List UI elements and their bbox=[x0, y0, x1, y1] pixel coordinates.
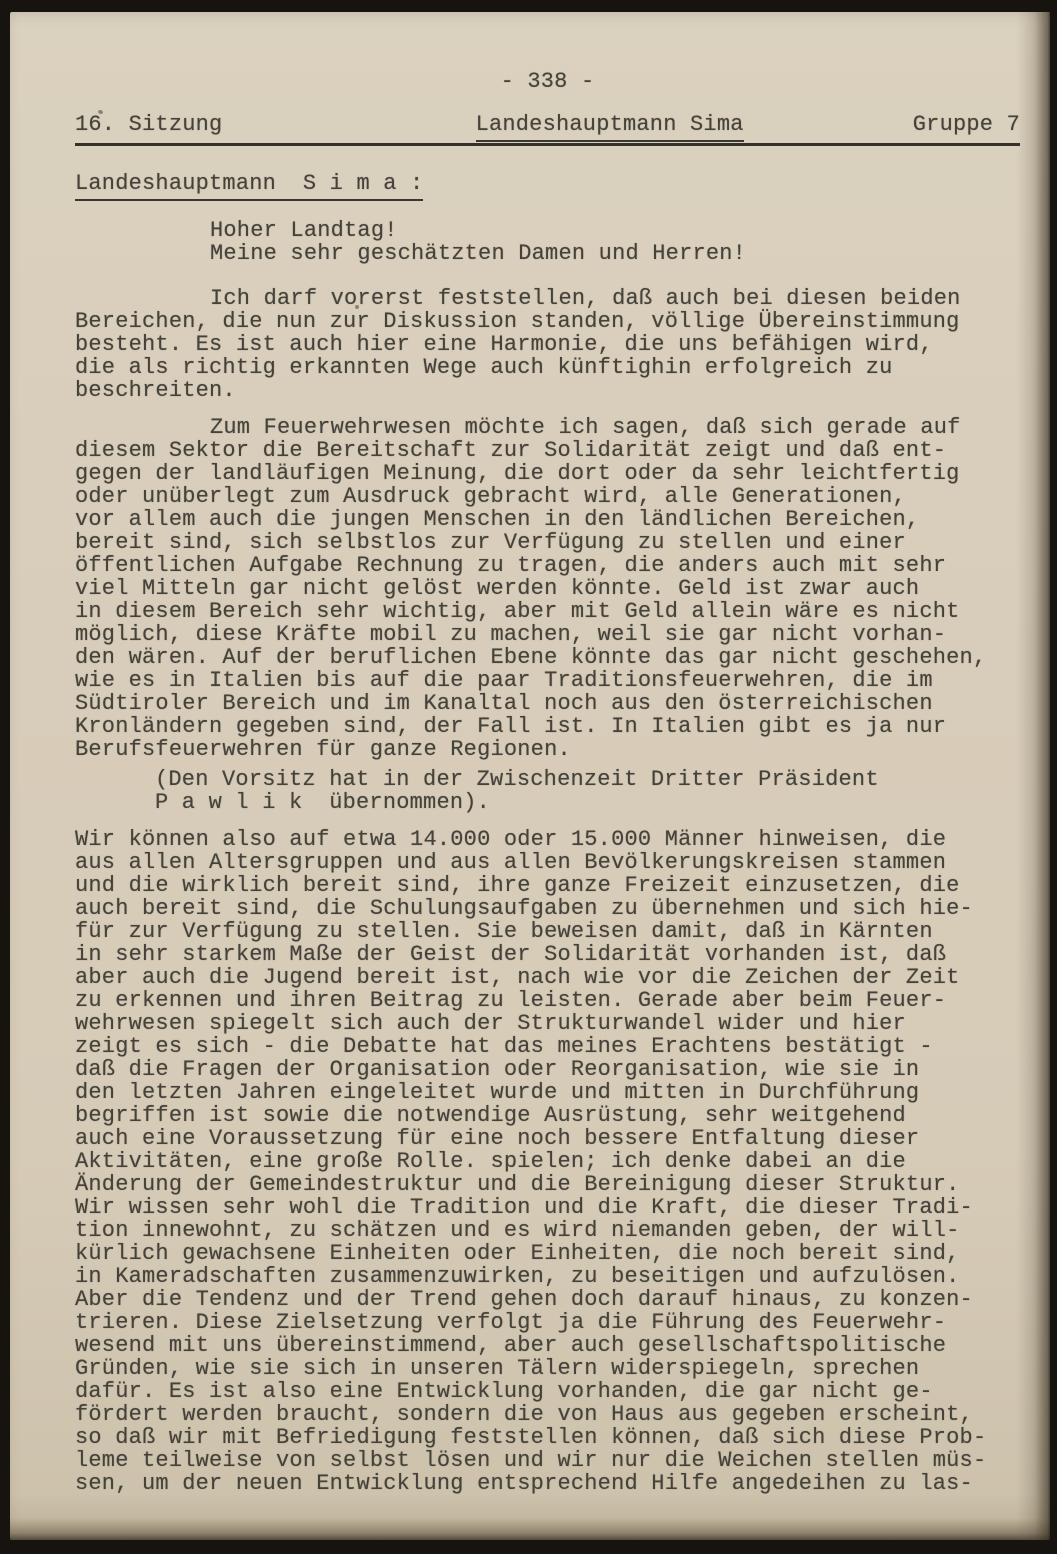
paragraph-3: Wir können also auf etwa 14.000 oder 15.… bbox=[75, 828, 1020, 1495]
text-line: Wir wissen sehr wohl die Tradition und d… bbox=[75, 1196, 1020, 1219]
text-line: dafür. Es ist also eine Entwicklung vorh… bbox=[75, 1380, 1020, 1403]
text-line: Gründen, wie sie sich in unseren Tälern … bbox=[75, 1357, 1020, 1380]
text-line: fördert werden braucht, sondern die von … bbox=[75, 1403, 1020, 1426]
paper-sheet: - 338 - 16. Sitzung Landeshauptmann Sima… bbox=[10, 12, 1050, 1540]
text-line: wesend mit uns übereinstimmend, aber auc… bbox=[75, 1334, 1020, 1357]
text-line: wie es in Italien bis auf die paar Tradi… bbox=[75, 669, 1020, 692]
text-line: Ich darf vorerst feststellen, daß auch b… bbox=[75, 287, 1020, 310]
text-line: zeigt es sich - die Debatte hat das mein… bbox=[75, 1035, 1020, 1058]
text-line: und die wirklich bereit sind, ihre ganze… bbox=[75, 874, 1020, 897]
text-line: so daß wir mit Befriedigung feststellen … bbox=[75, 1426, 1020, 1449]
chair-note: (Den Vorsitz hat in der Zwischenzeit Dri… bbox=[155, 768, 1020, 814]
text-line: leme teilweise von selbst lösen und wir … bbox=[75, 1449, 1020, 1472]
text-line: den wären. Auf der beruflichen Ebene kön… bbox=[75, 646, 1020, 669]
text-line: Berufsfeuerwehren für ganze Regionen. bbox=[75, 738, 1020, 761]
text-line: die als richtig erkannten Wege auch künf… bbox=[75, 356, 1020, 379]
text-line: Hoher Landtag! bbox=[210, 219, 1020, 242]
text-line: möglich, diese Kräfte mobil zu machen, w… bbox=[75, 623, 1020, 646]
speaker-heading: Landeshauptmann S i m a : bbox=[75, 172, 423, 201]
text-line: bereit sind, sich selbstlos zur Verfügun… bbox=[75, 531, 1020, 554]
text-line: P a w l i k übernommen). bbox=[155, 791, 1020, 814]
page-number: - 338 - bbox=[75, 70, 1020, 93]
text-line: Südtiroler Bereich und im Kanaltal noch … bbox=[75, 692, 1020, 715]
text-line: in Kameradschaften zusammenzuwirken, zu … bbox=[75, 1265, 1020, 1288]
text-line: trieren. Diese Zielsetzung verfolgt ja d… bbox=[75, 1311, 1020, 1334]
text-line: wehrwesen spiegelt sich auch der Struktu… bbox=[75, 1012, 1020, 1035]
text-line: besteht. Es ist auch hier eine Harmonie,… bbox=[75, 333, 1020, 356]
text-line: in sehr starkem Maße der Geist der Solid… bbox=[75, 943, 1020, 966]
text-line: (Den Vorsitz hat in der Zwischenzeit Dri… bbox=[155, 768, 1020, 791]
text-line: gegen der landläufigen Meinung, die dort… bbox=[75, 462, 1020, 485]
text-line: oder unüberlegt zum Ausdruck gebracht wi… bbox=[75, 485, 1020, 508]
text-line: öffentlichen Aufgabe Rechnung zu tragen,… bbox=[75, 554, 1020, 577]
text-line: in diesem Bereich sehr wichtig, aber mit… bbox=[75, 600, 1020, 623]
text-line: diesem Sektor die Bereitschaft zur Solid… bbox=[75, 439, 1020, 462]
text-line: Aber die Tendenz und der Trend gehen doc… bbox=[75, 1288, 1020, 1311]
document-paragraphs: Hoher Landtag!Meine sehr geschätzten Dam… bbox=[75, 219, 1020, 1495]
greeting: Hoher Landtag!Meine sehr geschätzten Dam… bbox=[210, 219, 1020, 265]
text-line: aber auch die Jugend bereit ist, nach wi… bbox=[75, 966, 1020, 989]
text-line: sen, um der neuen Entwicklung entspreche… bbox=[75, 1472, 1020, 1495]
text-line: den letzten Jahren eingeleitet wurde und… bbox=[75, 1081, 1020, 1104]
header-session-label: 16. Sitzung bbox=[75, 113, 222, 136]
paragraph-1: Ich darf vorerst feststellen, daß auch b… bbox=[75, 287, 1020, 402]
text-line: Meine sehr geschätzten Damen und Herren! bbox=[210, 242, 1020, 265]
text-line: Kronländern gegeben sind, der Fall ist. … bbox=[75, 715, 1020, 738]
text-line: aus allen Altersgruppen und aus allen Be… bbox=[75, 851, 1020, 874]
header-speaker-name: Landeshauptmann Sima bbox=[264, 113, 954, 136]
text-line: begriffen ist sowie die notwendige Ausrü… bbox=[75, 1104, 1020, 1127]
text-line: auch bereit sind, die Schulungsaufgaben … bbox=[75, 897, 1020, 920]
text-line: Wir können also auf etwa 14.000 oder 15.… bbox=[75, 828, 1020, 851]
paragraph-2: Zum Feuerwehrwesen möchte ich sagen, daß… bbox=[75, 416, 1020, 761]
text-line: vor allem auch die jungen Menschen in de… bbox=[75, 508, 1020, 531]
text-line: auch eine Voraussetzung für eine noch be… bbox=[75, 1127, 1020, 1150]
text-line: daß die Fragen der Organisation oder Reo… bbox=[75, 1058, 1020, 1081]
text-line: Zum Feuerwehrwesen möchte ich sagen, daß… bbox=[75, 416, 1020, 439]
text-line: zu erkennen und ihren Beitrag zu leisten… bbox=[75, 989, 1020, 1012]
text-line: beschreiten. bbox=[75, 379, 1020, 402]
text-line: für zur Verfügung zu stellen. Sie beweis… bbox=[75, 920, 1020, 943]
text-line: Aktivitäten, eine große Rolle. spielen; … bbox=[75, 1150, 1020, 1173]
text-line: Bereichen, die nun zur Diskussion stande… bbox=[75, 310, 1020, 333]
text-line: viel Mitteln gar nicht gelöst werden kön… bbox=[75, 577, 1020, 600]
page-header: 16. Sitzung Landeshauptmann Sima Gruppe … bbox=[75, 113, 1020, 146]
text-line: tion innewohnt, zu schätzen und es wird … bbox=[75, 1219, 1020, 1242]
text-line: kürlich gewachsene Einheiten oder Einhei… bbox=[75, 1242, 1020, 1265]
document-content: - 338 - 16. Sitzung Landeshauptmann Sima… bbox=[75, 70, 1020, 1495]
text-line: Änderung der Gemeindestruktur und die Be… bbox=[75, 1173, 1020, 1196]
